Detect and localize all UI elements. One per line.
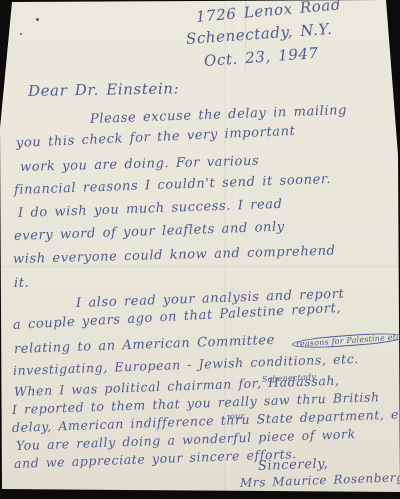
closing: Sincerely,: [258, 457, 329, 474]
ink-speck: [20, 33, 22, 35]
salutation: Dear Dr. Einstein:: [28, 79, 179, 100]
letter-line: it.: [14, 276, 29, 291]
paper-fold-horizontal: [0, 266, 400, 269]
ink-speck: [36, 18, 39, 21]
